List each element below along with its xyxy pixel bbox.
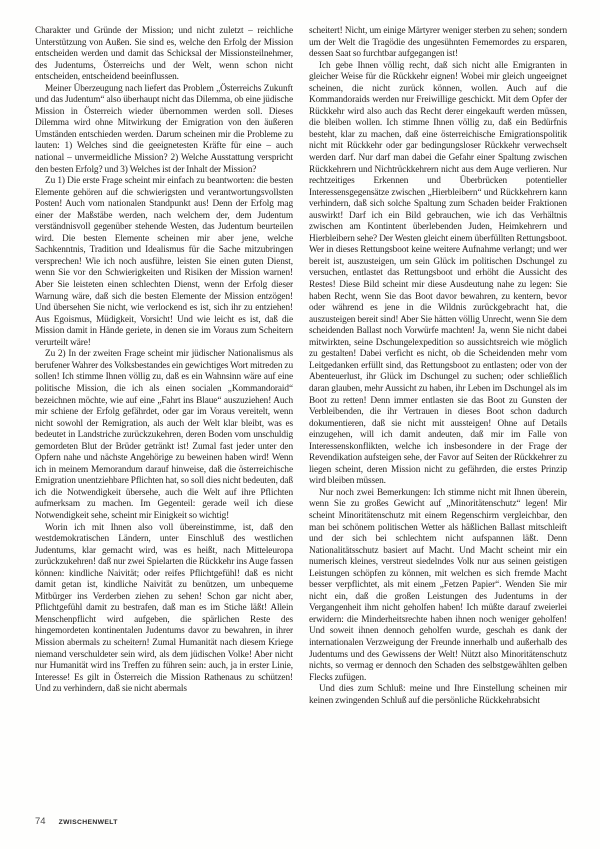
paragraph-left-1: Charakter und Gründe der Mission; und ni… <box>35 26 293 84</box>
journal-name: ZWISCHENWELT <box>59 819 118 826</box>
page-footer: 74 ZWISCHENWELT <box>35 816 118 827</box>
page: Charakter und Gründe der Mission; und ni… <box>0 0 600 849</box>
paragraph-right-2: Ich gebe Ihnen völlig recht, daß sich ni… <box>309 61 567 488</box>
text-columns: Charakter und Gründe der Mission; und ni… <box>35 26 567 800</box>
paragraph-left-2: Meiner Überzeugung nach liefert das Prob… <box>35 84 293 176</box>
paragraph-left-5: Worin ich mit Ihnen also voll übereinsti… <box>35 523 293 696</box>
paragraph-left-4: Zu 2) In der zweiten Frage scheint mir j… <box>35 349 293 522</box>
text-column-right: scheitert! Nicht, um einige Märtyrer wen… <box>309 26 567 800</box>
paragraph-right-4: Und dies zum Schluß: meine und Ihre Eins… <box>309 684 567 707</box>
page-number: 74 <box>35 816 46 827</box>
paragraph-right-3: Nur noch zwei Bemerkungen: Ich stimme ni… <box>309 488 567 684</box>
text-column-left: Charakter und Gründe der Mission; und ni… <box>35 26 293 800</box>
paragraph-left-3: Zu 1) Die erste Frage scheint mir einfac… <box>35 176 293 349</box>
paragraph-right-1: scheitert! Nicht, um einige Märtyrer wen… <box>309 26 567 61</box>
